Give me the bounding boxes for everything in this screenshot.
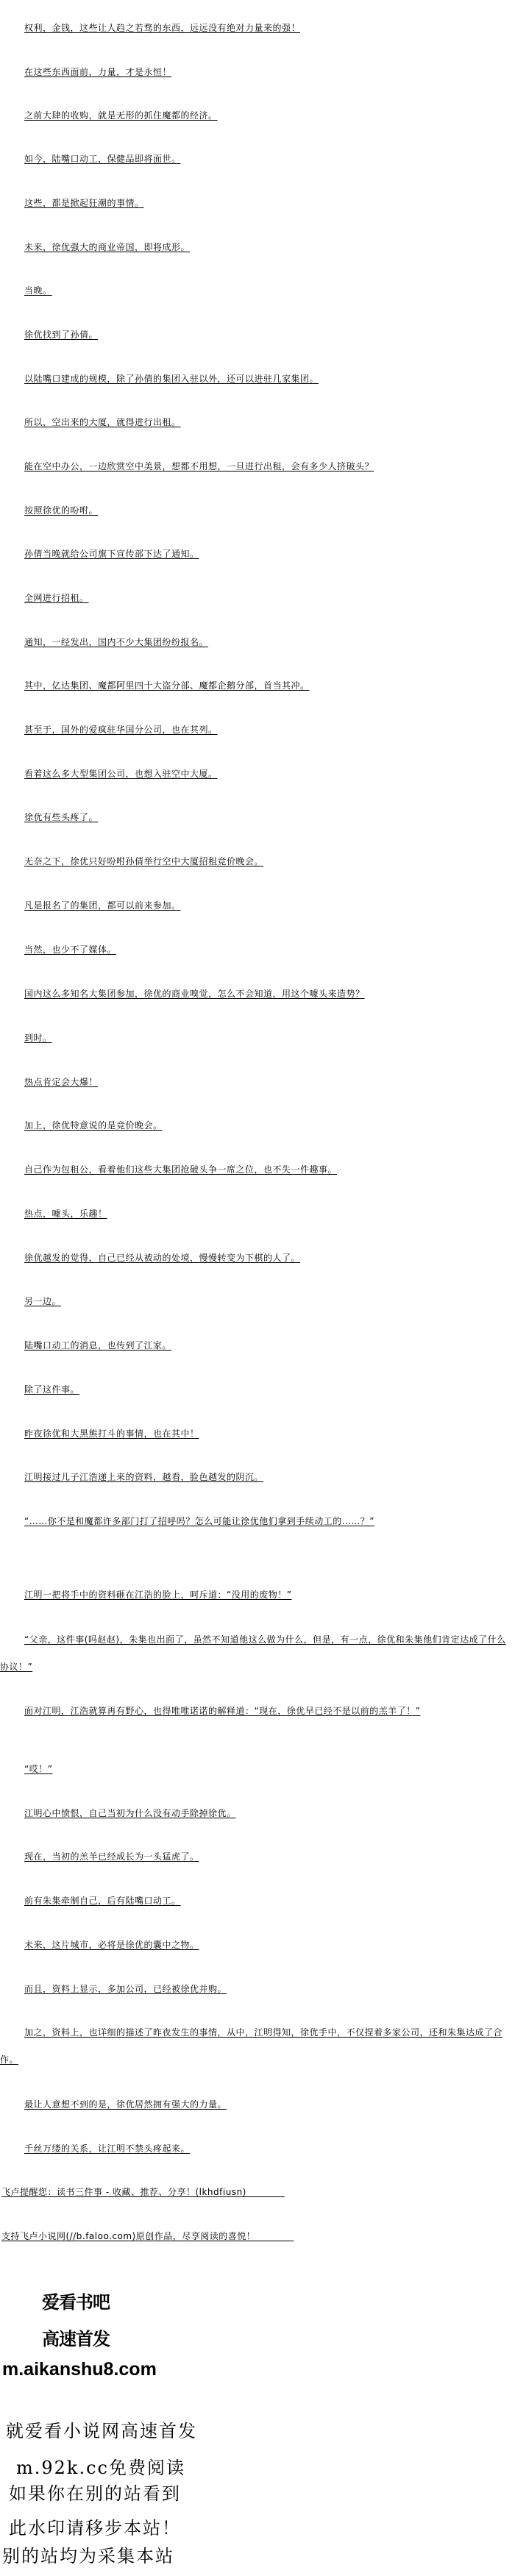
paragraph: “哎！” [0, 1756, 508, 1783]
paragraph: 加上，徐优特意说的是竞价晚会。 [0, 1112, 508, 1139]
paragraph: 加之，资料上，也详细的描述了昨夜发生的事情，从中，江明得知，徐优手中，不仅捏着多… [0, 2019, 508, 2074]
paragraph: 另一边。 [0, 1288, 508, 1315]
paragraph: 未来，这片城市，必将是徐优的囊中之物。 [0, 1932, 508, 1959]
paragraph: 到时。 [0, 1025, 508, 1052]
footer-support-link[interactable]: 支持飞卢小说网(//b.faloo.com)原创作品，尽享阅读的喜悦！_____… [1, 2223, 509, 2250]
paragraph: 在这些东西面前，力量，才是永恒！ [0, 59, 508, 86]
paragraph: 看着这么多大型集团公司，也想入驻空中大厦。 [0, 761, 508, 788]
watermark-line: 此水印请移步本站！ [9, 2513, 181, 2539]
paragraph: 当然，也少不了媒体。 [0, 936, 508, 964]
paragraph: 前有朱集牵制自己，后有陆嘴口动工。 [0, 1887, 508, 1915]
footer-reminder: 飞卢提醒您：读书三件事 - 收藏、推荐、分享！(lkhdfiusn)______… [1, 2179, 509, 2206]
paragraph: 无奈之下，徐优只好吩咐孙倩举行空中大厦招租竞价晚会。 [0, 848, 508, 875]
paragraph: 未来，徐优强大的商业帝国，即将成形。 [0, 234, 508, 261]
paragraph: 热点，噱头，乐趣！ [0, 1200, 508, 1228]
watermark-line: 别的站均为采集本站 [2, 2541, 174, 2567]
paragraph: 如今，陆嘴口动工，保健品即将面世。 [0, 146, 508, 173]
watermark-line: 如果你在别的站看到 [9, 2479, 181, 2505]
paragraph: 权利，金钱，这些让人趋之若骛的东西，远远没有绝对力量来的强！ [0, 15, 508, 42]
paragraph: 最让人意想不到的是，徐优居然拥有强大的力量。 [0, 2091, 508, 2118]
paragraph: 面对江明，江浩就算再有野心，也得唯唯诺诺的解释道：“现在，徐优早已经不是以前的羔… [0, 1698, 508, 1725]
paragraph: 以陆嘴口建成的规模，除了孙倩的集团入驻以外，还可以进驻几家集团。 [0, 366, 508, 393]
paragraph: 自己作为包租公，看着他们这些大集团抢破头争一席之位，也不失一件趣事。 [0, 1156, 508, 1184]
paragraph: 江明一把将手中的资料砸在江浩的脸上，呵斥道：“没用的废物！” [0, 1581, 508, 1609]
paragraph: 千丝万缕的关系，让江明不禁头疼起来。 [0, 2135, 508, 2163]
watermark-line: 就爱看小说网高速首发 [6, 2416, 197, 2442]
paragraph: “……你不是和魔都许多部门打了招呼吗？怎么可能让徐优他们拿到手续动工的……？” [0, 1508, 508, 1535]
paragraph: 当晚。 [0, 277, 508, 305]
paragraph: 孙倩当晚就给公司旗下宣传部下达了通知。 [0, 541, 508, 568]
watermark-site: m.aikanshu8.com [2, 2359, 157, 2380]
paragraph: 甚至于，国外的爱疯驻华国分公司，也在其列。 [0, 716, 508, 744]
watermark-line: m.92k.cc免费阅读 [16, 2453, 185, 2479]
paragraph: 徐优有些头疼了。 [0, 804, 508, 831]
paragraph: 徐优越发的觉得，自己已经从被动的处境，慢慢转变为下棋的人了。 [0, 1245, 508, 1272]
paragraph: 国内这么多知名大集团参加，徐优的商业嗅觉，怎么不会知道，用这个噱头来造势？ [0, 981, 508, 1008]
paragraph: 其中，亿达集团、魔都阿里四十大盗分部、魔都企鹅分部，首当其冲。 [0, 672, 508, 700]
paragraph: 所以，空出来的大厦，就得进行出租。 [0, 409, 508, 436]
paragraph: “父亲，这件事(吗赵赵)，朱集也出面了，虽然不知道他这么做为什么，但是，有一点，… [0, 1626, 508, 1681]
paragraph: 而且，资料上显示，多加公司，已经被徐优并购。 [0, 1976, 508, 2003]
paragraph: 热点肯定会大爆！ [0, 1069, 508, 1096]
paragraph: 江明心中愤恨，自己当初为什么没有动手除掉徐优。 [0, 1800, 508, 1827]
paragraph: 按照徐优的吩咐。 [0, 497, 508, 524]
paragraph: 陆嘴口动工的消息，也传到了江家。 [0, 1332, 508, 1359]
paragraph: 能在空中办公，一边欣赏空中美景，想都不用想，一旦进行出租，会有多少人挤破头？ [0, 453, 508, 480]
paragraph: 江明接过儿子江浩递上来的资料，越看，脸色越发的阴沉。 [0, 1464, 508, 1491]
paragraph: 凡是报名了的集团，都可以前来参加。 [0, 892, 508, 919]
watermark-subtitle: 高速首发 [42, 2324, 110, 2350]
watermark-title: 爱看书吧 [42, 2288, 110, 2313]
paragraph: 全网进行招租。 [0, 585, 508, 612]
paragraph: 徐优找到了孙倩。 [0, 321, 508, 349]
paragraph: 之前大肆的收购，就是无形的抓住魔都的经济。 [0, 102, 508, 129]
paragraph: 昨夜徐优和大黑熊打斗的事情，也在其中！ [0, 1420, 508, 1448]
paragraph: 现在，当初的羔羊已经成长为一头猛虎了。 [0, 1843, 508, 1871]
paragraph: 通知，一经发出，国内不少大集团纷纷报名。 [0, 629, 508, 656]
paragraph: 这些，都是掀起狂潮的事情。 [0, 190, 508, 217]
paragraph: 除了这件事。 [0, 1376, 508, 1403]
